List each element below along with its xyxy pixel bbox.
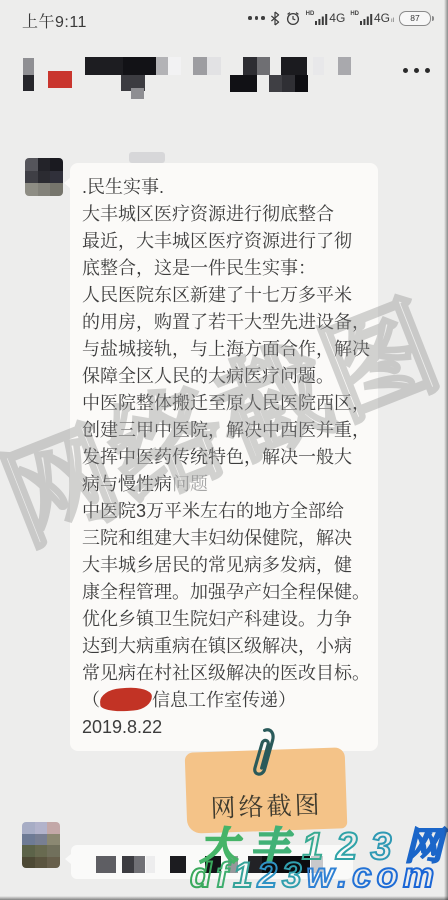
message-text: 中医院3万平米左右的地方全部给 (82, 501, 344, 521)
censored-text-block (170, 856, 186, 873)
avatar-pixel (50, 158, 63, 171)
message-text: 病与慢性病 (82, 474, 172, 494)
avatar-pixel (47, 834, 60, 846)
message-text: 信息工作室传递） (152, 690, 296, 710)
avatar-pixel (38, 183, 51, 196)
message-line: 达到大病重病在镇区级解决，小病 (82, 633, 368, 660)
avatar-pixel (50, 183, 63, 196)
hd-label: HD (350, 11, 359, 17)
screenshot-edge-right (444, 0, 448, 900)
avatar-pixel (22, 822, 35, 834)
message-text: 优化乡镇卫生院妇产科建设。力争 (82, 609, 352, 629)
nickname-censored (129, 152, 165, 163)
avatar-pixel (25, 158, 38, 171)
censor-block (230, 75, 257, 92)
censored-text-block (228, 856, 238, 873)
avatar-pixel (25, 171, 38, 184)
contact-avatar[interactable] (22, 822, 60, 868)
more-menu-button[interactable] (403, 68, 430, 73)
status-icons: HD 4G HD 4G ıl 87 (248, 8, 434, 28)
message-line: 大丰城乡居民的常见病多发病，健 (82, 552, 368, 579)
censor-block (168, 57, 181, 75)
phone-screen: 上午9:11 HD 4G HD (0, 0, 448, 900)
message-line: 三院和组建大丰妇幼保健院，解决 (82, 525, 368, 552)
avatar-pixel (35, 845, 48, 857)
message-line: 发挥中医药传统特色，解决一般大 (82, 444, 368, 471)
censor-block (281, 57, 307, 75)
avatar-pixel (22, 834, 35, 846)
redaction-scribble (99, 686, 152, 713)
bluetooth-icon (270, 11, 280, 26)
avatar-pixel (38, 158, 51, 171)
message-text: 创建三甲中医院，解决中西医并重， (82, 420, 370, 440)
message-line: 最近，大丰城区医疗资源进行了彻 (82, 228, 368, 255)
message-text: 达到大病重病在镇区级解决，小病 (82, 636, 352, 656)
watermark-char: 3 (370, 826, 404, 868)
message-line: 优化乡镇卫生院妇产科建设。力争 (82, 606, 368, 633)
censor-block (193, 57, 207, 75)
message-line: 底整合，这是一件民生实事： (82, 255, 368, 282)
avatar-pixel (25, 183, 38, 196)
censored-text-block (122, 856, 134, 873)
watermark-char: 网 (404, 826, 448, 868)
censor-block (48, 71, 72, 88)
message-text: 2019.8.22 (82, 717, 162, 737)
censor-block (243, 57, 257, 75)
censor-block (23, 58, 34, 75)
avatar-pixel (35, 857, 48, 869)
status-time: 上午9:11 (22, 9, 87, 32)
message-text: 的用房，购置了若干大型先进设备， (82, 312, 370, 332)
censor-block (207, 57, 221, 75)
message-line: （信息工作室传递） (82, 687, 368, 714)
message-line: 与盐城接轨，与上海方面合作，解决 (82, 336, 368, 363)
censor-block (313, 57, 324, 75)
censor-block (156, 57, 168, 75)
message-text: 康全程管理。加强孕产妇全程保健。 (82, 582, 370, 602)
censored-text-block (311, 856, 323, 873)
message-line: 保障全区人民的大病医疗问题。 (82, 363, 368, 390)
censored-text-block (96, 856, 116, 873)
avatar-pixel (50, 171, 63, 184)
message-line: .民生实事. (82, 174, 368, 201)
message-text: 大丰城乡居民的常见病多发病，健 (82, 555, 352, 575)
censor-block (295, 75, 308, 92)
message-text: 最近，大丰城区医疗资源进行了彻 (82, 231, 352, 251)
message-line: 中医院3万平米左右的地方全部给 (82, 498, 368, 525)
avatar-pixel (38, 171, 51, 184)
censored-text-block (146, 856, 155, 873)
watermark-char: o (377, 856, 403, 895)
censor-block (131, 88, 144, 99)
status-bar: 上午9:11 HD 4G HD (0, 0, 448, 34)
message-text: 问题 (172, 474, 208, 494)
message-line: 康全程管理。加强孕产妇全程保健。 (82, 579, 368, 606)
censored-text-block (205, 856, 221, 873)
alarm-clock-icon (285, 10, 301, 26)
watermark-char: m (403, 856, 439, 895)
message-line: 人民医院东区新建了十七万多平米 (82, 282, 368, 309)
message-text: 人民医院东区新建了十七万多平米 (82, 285, 352, 305)
sticker-label: 网络截图 (186, 784, 347, 826)
message-line: 的用房，购置了若干大型先进设备， (82, 309, 368, 336)
network-type-label: 4G (374, 12, 390, 24)
signal-bars-icon (360, 13, 373, 25)
message-line: 大丰城区医疗资源进行彻底整合 (82, 201, 368, 228)
message-bubble-censored[interactable] (71, 845, 353, 879)
avatar-pixel (47, 822, 60, 834)
message-line: 创建三甲中医院，解决中西医并重， (82, 417, 368, 444)
notification-dots-icon (248, 16, 265, 20)
battery-indicator: 87 (399, 11, 434, 26)
avatar-pixel (47, 845, 60, 857)
avatar-pixel (22, 857, 35, 869)
message-text: 底整合，这是一件民生实事： (82, 258, 316, 278)
message-line: 常见病在村社区级解决的医改目标。 (82, 660, 368, 687)
censored-text-block (262, 856, 310, 873)
message-line: 2019.8.22 (82, 714, 368, 741)
avatar-pixel (35, 822, 48, 834)
volte-indicator: ıl (391, 18, 394, 24)
message-text: 发挥中医药传统特色，解决一般大 (82, 447, 352, 467)
avatar-pixel (35, 834, 48, 846)
censor-block (123, 57, 156, 75)
hd-label: HD (306, 11, 315, 17)
message-text: 中医院整体搬迁至原人民医院西区， (82, 393, 370, 413)
censor-block (269, 75, 282, 92)
battery-percent: 87 (410, 13, 419, 23)
signal-indicator-1: HD 4G (306, 11, 346, 25)
censor-block (121, 75, 145, 91)
network-type-label: 4G (329, 12, 345, 24)
censored-text-block (248, 856, 262, 873)
message-line: 中医院整体搬迁至原人民医院西区， (82, 390, 368, 417)
contact-avatar[interactable] (25, 158, 63, 196)
message-text: 常见病在村社区级解决的医改目标。 (82, 663, 370, 683)
screenshot-edge-bottom (0, 896, 448, 900)
signal-bars-icon (315, 13, 328, 25)
censor-block (282, 75, 295, 92)
message-text: 大丰城区医疗资源进行彻底整合 (82, 204, 334, 224)
message-text: 保障全区人民的大病医疗问题。 (82, 366, 334, 386)
message-text: .民生实事. (82, 177, 164, 197)
watermark-char: c (352, 856, 376, 895)
censor-block (23, 75, 34, 91)
message-line: 病与慢性病问题 (82, 471, 368, 498)
censor-block (85, 57, 123, 75)
message-bubble[interactable]: .民生实事.大丰城区医疗资源进行彻底整合最近，大丰城区医疗资源进行了彻底整合，这… (70, 163, 378, 751)
avatar-pixel (22, 845, 35, 857)
message-text: 三院和组建大丰妇幼保健院，解决 (82, 528, 352, 548)
message-text: （ (82, 690, 100, 710)
avatar-pixel (47, 857, 60, 869)
censor-block (338, 57, 351, 75)
message-text: 与盐城接轨，与上海方面合作，解决 (82, 339, 370, 359)
censored-text-block (134, 856, 145, 873)
signal-indicator-2: HD 4G ıl (350, 11, 394, 25)
censor-block (257, 57, 270, 75)
